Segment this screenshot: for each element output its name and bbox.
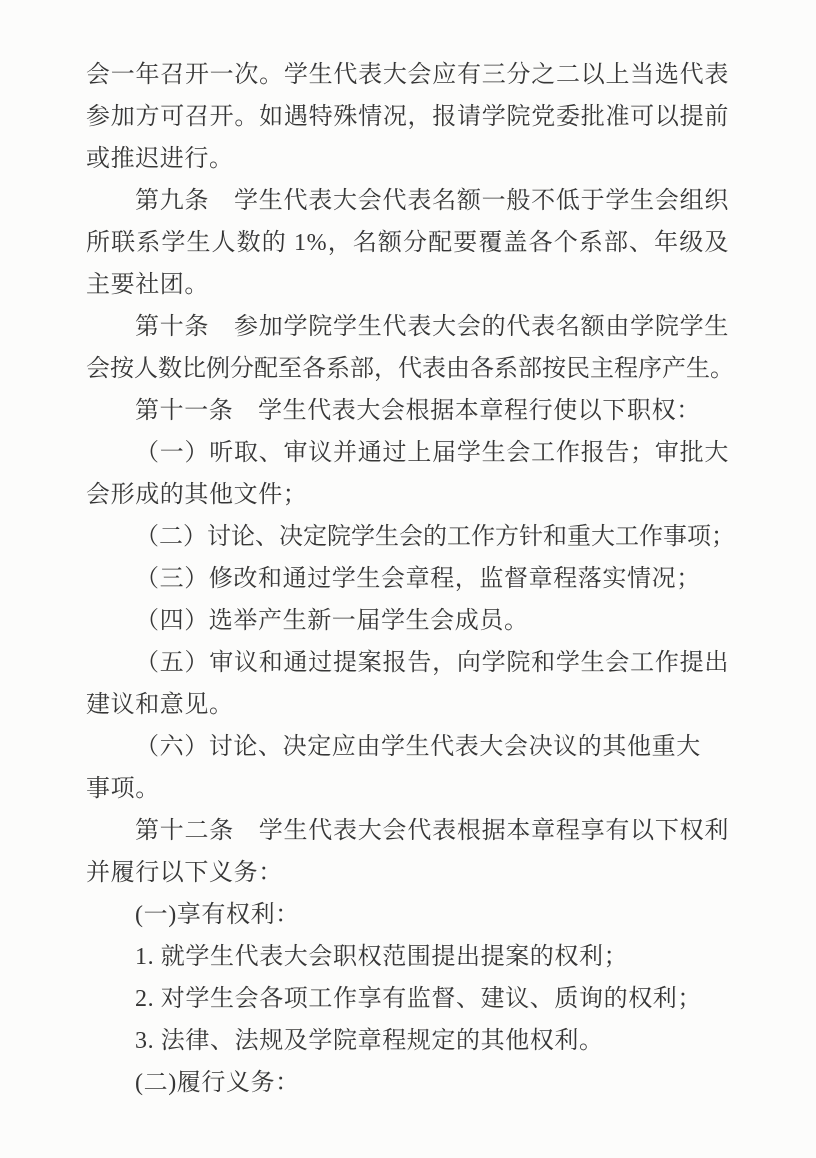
document-line: 所联系学生人数的 1%，名额分配要覆盖各个系部、年级及: [86, 222, 729, 264]
document-line-article-10: 第十条 参加学院学生代表大会的代表名额由学院学生: [86, 306, 729, 348]
document-page: 会一年召开一次。学生代表大会应有三分之二以上当选代表 参加方可召开。如遇特殊情况…: [0, 0, 816, 1158]
document-line-item-4: （四）选举产生新一届学生会成员。: [86, 600, 729, 642]
document-line-article-12: 第十二条 学生代表大会代表根据本章程享有以下权利: [86, 810, 729, 852]
document-line: 建议和意见。: [86, 684, 729, 726]
document-line-right-3: 3. 法律、法规及学院章程规定的其他权利。: [86, 1020, 729, 1062]
document-line-right-1: 1. 就学生代表大会职权范围提出提案的权利；: [86, 936, 729, 978]
document-line-item-1: （一）听取、审议并通过上届学生会工作报告；审批大: [86, 432, 729, 474]
document-line-article-9: 第九条 学生代表大会代表名额一般不低于学生会组织: [86, 180, 729, 222]
document-line-item-5: （五）审议和通过提案报告，向学院和学生会工作提出: [86, 642, 729, 684]
document-line: 并履行以下义务：: [86, 852, 729, 894]
document-line: 参加方可召开。如遇特殊情况，报请学院党委批准可以提前: [86, 96, 729, 138]
document-line: 或推迟进行。: [86, 138, 729, 180]
document-line: 主要社团。: [86, 264, 729, 306]
document-line-right-2: 2. 对学生会各项工作享有监督、建议、质询的权利；: [86, 978, 729, 1020]
document-line: 会一年召开一次。学生代表大会应有三分之二以上当选代表: [86, 54, 729, 96]
document-line-duties-heading: (二)履行义务：: [86, 1062, 729, 1104]
document-line-rights-heading: (一)享有权利：: [86, 894, 729, 936]
document-line-article-11: 第十一条 学生代表大会根据本章程行使以下职权：: [86, 390, 729, 432]
document-line-item-2: （二）讨论、决定院学生会的工作方针和重大工作事项；: [86, 516, 729, 558]
document-line-item-3: （三）修改和通过学生会章程，监督章程落实情况；: [86, 558, 729, 600]
document-line-item-6: （六）讨论、决定应由学生代表大会决议的其他重大: [86, 726, 729, 768]
document-text-block: 会一年召开一次。学生代表大会应有三分之二以上当选代表 参加方可召开。如遇特殊情况…: [86, 54, 729, 1104]
document-line: 事项。: [86, 768, 729, 810]
document-line: 会按人数比例分配至各系部，代表由各系部按民主程序产生。: [86, 348, 729, 390]
document-line: 会形成的其他文件；: [86, 474, 729, 516]
